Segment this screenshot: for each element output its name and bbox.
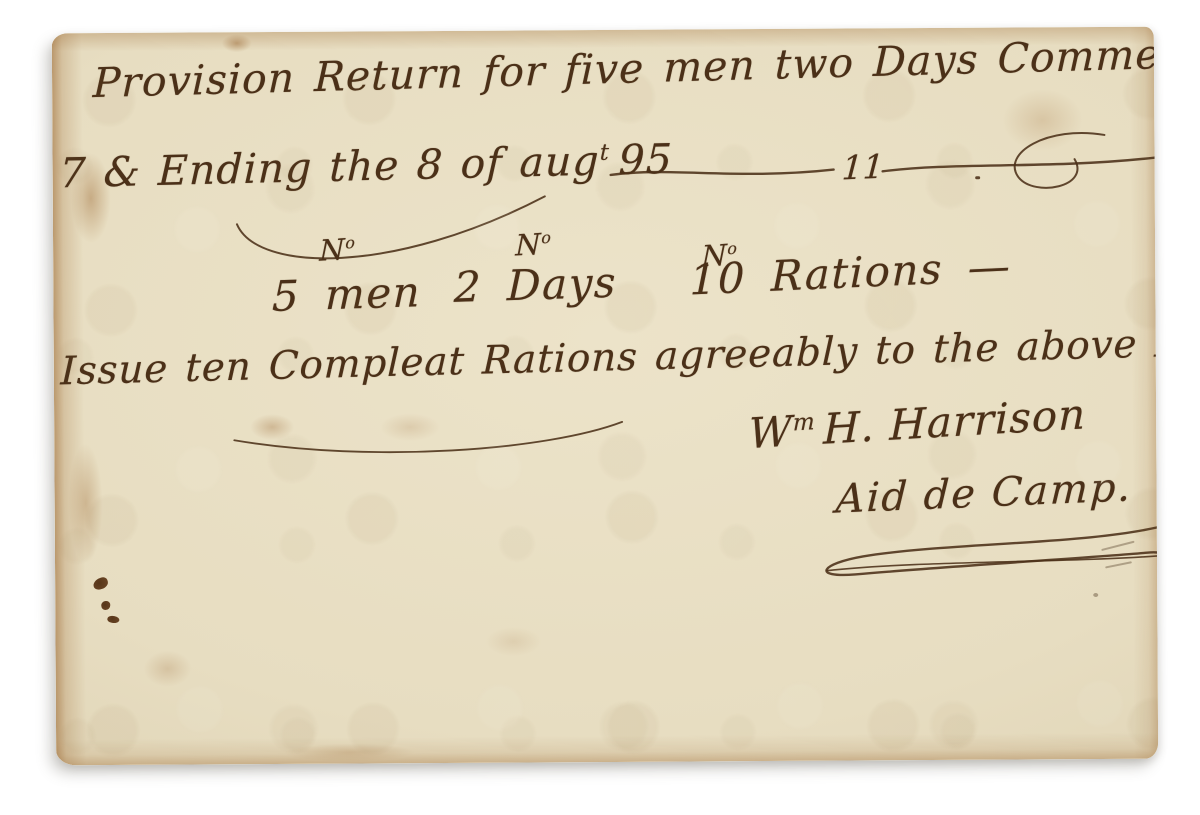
number-abbrev-label: No (319, 232, 355, 268)
ink-blot (101, 601, 110, 610)
ruled-dash (609, 161, 837, 188)
pencil-mark (1093, 593, 1098, 597)
no-letter: N (319, 232, 345, 268)
ruled-dash (881, 153, 1159, 185)
heading-line: Provision Return for five men two Days C… (92, 27, 1158, 107)
no-superscript: o (345, 233, 355, 253)
foxing-stain (284, 743, 414, 762)
signature-superscript: m (793, 409, 816, 436)
foxing-stain (222, 34, 252, 52)
order-line: Issue ten Compleat Rations agreeably to … (60, 318, 1158, 394)
signature-name: WmH. Harrison (748, 389, 1086, 458)
no-letter: N (515, 227, 541, 263)
foxing-stain (485, 626, 541, 656)
edge-toning-stain (68, 443, 103, 563)
signature-surname: H. Harrison (823, 389, 1087, 454)
ink-blot (92, 576, 110, 591)
signature-initial: W (748, 406, 793, 458)
tally-mark: 11 (841, 147, 885, 188)
tally-men-value: 5 men (272, 267, 422, 321)
manuscript-paper: Provision Return for five men two Days C… (52, 27, 1158, 766)
no-superscript: o (541, 228, 551, 248)
photo-background: Provision Return for five men two Days C… (0, 0, 1200, 815)
tally-rations-value: 10 Rations — (689, 241, 1011, 304)
ink-blot (107, 615, 120, 624)
signature-title: Aid de Camp. (835, 464, 1134, 522)
signature-paraph-flourish (803, 516, 1158, 592)
tally-days-value: 2 Days (453, 258, 617, 312)
descender-sweep-flourish (222, 416, 632, 465)
number-abbrev-label: No (515, 226, 551, 262)
foxing-stain (144, 651, 192, 687)
